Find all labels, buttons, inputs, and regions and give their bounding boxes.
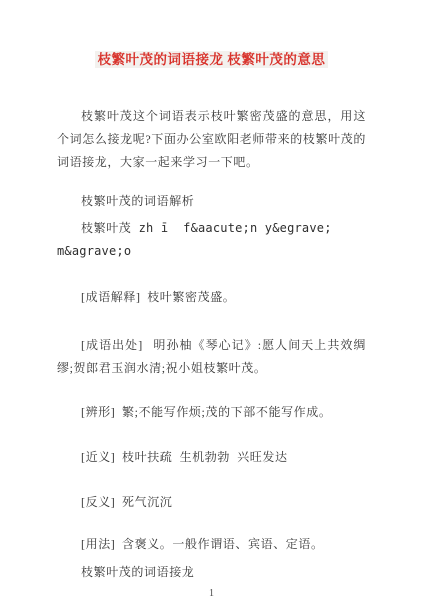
entry-text: 繁;不能写作烦;茂的下部不能写作成。 — [122, 405, 331, 419]
entry-label: [近义] — [81, 450, 115, 464]
entry-label: [用法] — [81, 537, 115, 551]
entry-label: [辨形] — [81, 405, 115, 419]
page-title-text: 枝繁叶茂的词语接龙 枝繁叶茂的意思 — [95, 51, 329, 68]
entry-text: 枝叶扶疏 生机勃勃 兴旺发达 — [122, 450, 288, 464]
entry-source: [成语出处] 明孙柚《琴心记》:愿人间天上共效绸缪;贺郎君玉润水清;祝小姐枝繁叶… — [57, 334, 366, 380]
entry-form-discrimination: [辨形]繁;不能写作烦;茂的下部不能写作成。 — [57, 401, 366, 424]
entry-synonyms: [近义]枝叶扶疏 生机勃勃 兴旺发达 — [57, 446, 366, 469]
entry-text: 枝叶繁密茂盛。 — [147, 290, 235, 304]
document-page: 枝繁叶茂的词语接龙 枝繁叶茂的意思 枝繁叶茂这个词语表示枝叶繁密茂盛的意思，用这… — [0, 0, 423, 600]
page-title: 枝繁叶茂的词语接龙 枝繁叶茂的意思 — [57, 0, 366, 69]
entry-antonyms: [反义]死气沉沉 — [57, 491, 366, 514]
entry-label: [成语解释] — [81, 290, 141, 304]
intro-paragraph: 枝繁叶茂这个词语表示枝叶繁密茂盛的意思，用这个词怎么接龙呢?下面办公室欧阳老师带… — [57, 105, 366, 174]
entry-text: 含褒义。一般作谓语、宾语、定语。 — [122, 537, 324, 551]
entry-explanation: [成语解释]枝叶繁密茂盛。 — [57, 286, 366, 309]
document-content: 枝繁叶茂的词语接龙 枝繁叶茂的意思 枝繁叶茂这个词语表示枝叶繁密茂盛的意思，用这… — [0, 0, 423, 600]
entry-label: [反义] — [81, 495, 115, 509]
footer-heading: 枝繁叶茂的词语接龙 — [57, 561, 366, 584]
page-number: 1 — [57, 587, 366, 600]
entry-usage: [用法]含褒义。一般作谓语、宾语、定语。 — [57, 533, 366, 556]
entry-text: 死气沉沉 — [122, 495, 172, 509]
section-heading: 枝繁叶茂的词语解析 — [57, 190, 366, 213]
idiom-pinyin-line: 枝繁叶茂zh ī f&aacute;n y&egrave; m&agrave;o — [57, 217, 366, 263]
idiom-word: 枝繁叶茂 — [81, 221, 131, 235]
entry-label: [成语出处] — [81, 338, 143, 352]
